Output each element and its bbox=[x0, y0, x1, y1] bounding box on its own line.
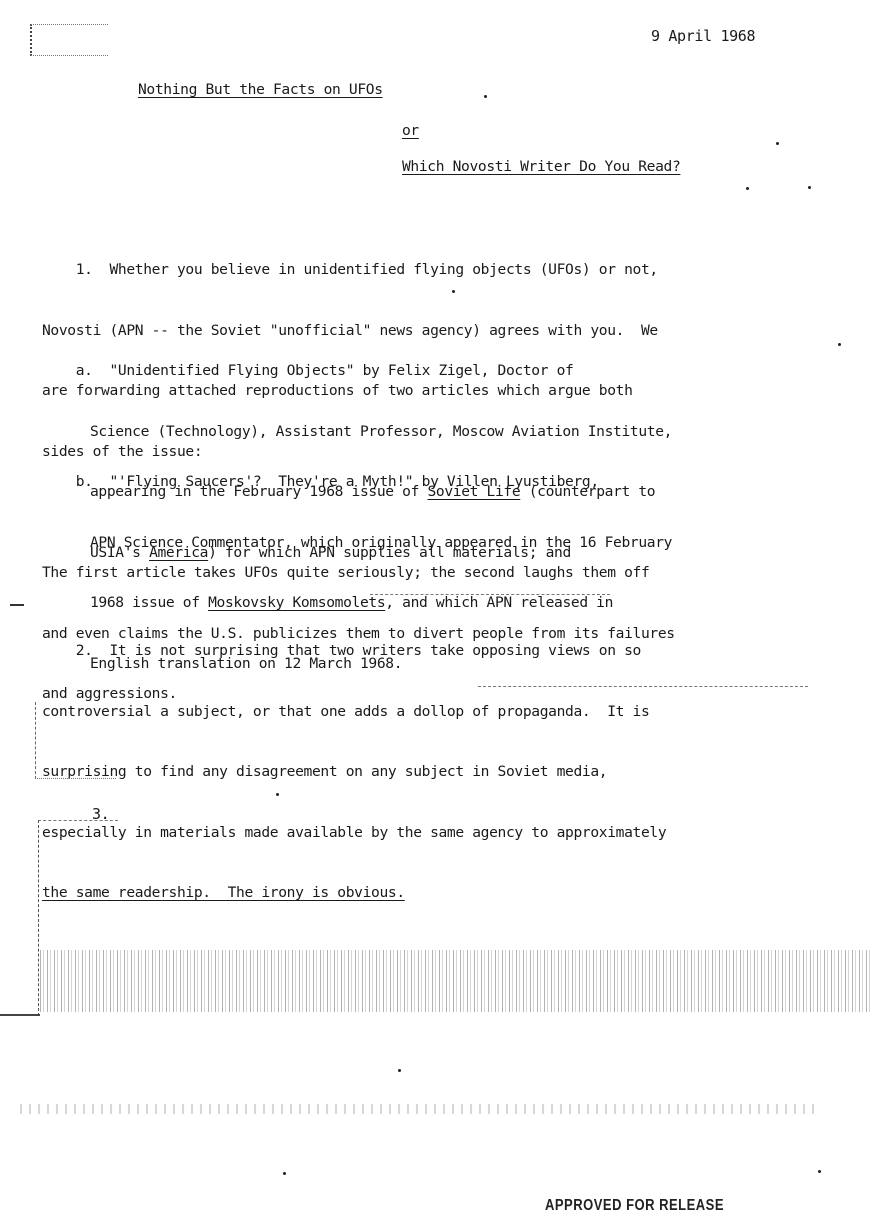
item-b-line: b. "'Flying Saucers'? They're a Myth!" b… bbox=[0, 472, 672, 493]
paragraph-2-line: surprising to find any disagreement on a… bbox=[42, 762, 666, 783]
paragraph-2-line: the same readership. The irony is obviou… bbox=[42, 883, 666, 904]
speck bbox=[776, 142, 779, 145]
redacted-text-band bbox=[20, 1104, 820, 1114]
item-a-line: a. "Unidentified Flying Objects" by Feli… bbox=[0, 361, 672, 382]
speck bbox=[452, 290, 455, 293]
speck bbox=[484, 95, 487, 98]
redaction-line bbox=[38, 820, 118, 821]
document-page: 9 April 1968 Nothing But the Facts on UF… bbox=[0, 0, 873, 1216]
summary-line: The first article takes UFOs quite serio… bbox=[42, 563, 675, 584]
speck bbox=[283, 1172, 286, 1175]
paragraph-2: 2. It is not surprising that two writers… bbox=[42, 601, 666, 944]
redaction-line bbox=[370, 594, 610, 595]
title-line-3: Which Novosti Writer Do You Read? bbox=[402, 157, 680, 177]
speck bbox=[398, 1069, 401, 1072]
redacted-block-outline bbox=[35, 702, 116, 779]
paragraph-2-line: 2. It is not surprising that two writers… bbox=[42, 641, 666, 662]
speck bbox=[276, 793, 279, 796]
redacted-header-box bbox=[30, 24, 108, 56]
speck bbox=[808, 186, 811, 189]
paragraph-3-number: 3. bbox=[92, 804, 109, 824]
redacted-text-band bbox=[40, 950, 873, 1012]
title-line-2: or bbox=[402, 121, 419, 141]
title-line-1: Nothing But the Facts on UFOs bbox=[138, 80, 383, 100]
redaction-line bbox=[478, 686, 808, 687]
speck bbox=[818, 1170, 821, 1173]
paragraph-1-line: 1. Whether you believe in unidentified f… bbox=[42, 260, 658, 281]
speck bbox=[746, 187, 749, 190]
speck bbox=[838, 343, 841, 346]
document-date: 9 April 1968 bbox=[651, 26, 755, 46]
margin-mark bbox=[10, 604, 24, 606]
redaction-line bbox=[0, 1014, 40, 1016]
release-stamp: APPROVED FOR RELEASE bbox=[545, 1196, 724, 1214]
paragraph-2-line: controversial a subject, or that one add… bbox=[42, 702, 666, 723]
paragraph-2-line: especially in materials made available b… bbox=[42, 823, 666, 844]
